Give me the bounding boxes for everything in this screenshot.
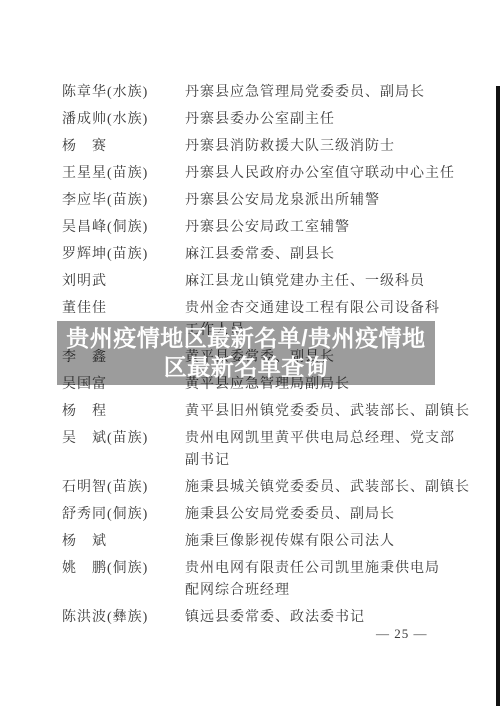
person-position: 丹寨县委办公室副主任 — [185, 109, 475, 131]
person-name: 吴昌峰(侗族) — [62, 217, 185, 239]
person-position: 丹寨县应急管理局党委委员、副局长 — [185, 82, 475, 104]
scanned-document-page: 陈章华(水族) 丹寨县应急管理局党委委员、副局长 潘成帅(水族) 丹寨县委办公室… — [0, 0, 500, 706]
person-position: 黄平县旧州镇党委委员、武装部长、副镇长 — [185, 401, 475, 423]
overlay-ad-banner-line1: 贵州疫情地区最新名单/贵州疫情地 — [66, 325, 425, 351]
person-name: 潘成帅(水族) — [62, 109, 185, 131]
person-name: 董佳佳 — [62, 298, 185, 320]
overlay-ad-banner-title: 贵州疫情地区最新名单/贵州疫情地 区最新名单查询 — [57, 321, 435, 382]
person-position: 施秉县城关镇党委委员、武装部长、副镇长 — [185, 477, 475, 499]
page-number: — 25 — — [376, 626, 428, 642]
person-position: 施秉巨像影视传媒有限公司法人 — [185, 531, 475, 553]
person-name: 王星星(苗族) — [62, 163, 185, 185]
scan-spine-shadow — [496, 86, 500, 706]
person-name: 陈洪波(彝族) — [62, 607, 185, 629]
person-position: 丹寨县公安局龙泉派出所辅警 — [185, 190, 475, 212]
roster-row: 潘成帅(水族) 丹寨县委办公室副主任 — [62, 109, 482, 131]
roster-row: 杨 斌 施秉巨像影视传媒有限公司法人 — [62, 531, 482, 553]
overlay-ad-banner-line2: 区最新名单查询 — [164, 354, 329, 380]
person-position: 丹寨县公安局政工室辅警 — [185, 217, 475, 239]
overlay-ad-banner[interactable]: 贵州疫情地区最新名单/贵州疫情地 区最新名单查询 — [57, 321, 435, 385]
person-name: 杨 程 — [62, 401, 185, 423]
roster-row: 王星星(苗族) 丹寨县人民政府办公室值守联动中心主任 — [62, 163, 482, 185]
roster-row: 陈章华(水族) 丹寨县应急管理局党委委员、副局长 — [62, 82, 482, 104]
roster-row: 姚 鹏(侗族) 贵州电网有限责任公司凯里施秉供电局 配网综合班经理 — [62, 558, 482, 602]
person-position: 丹寨县消防救援大队三级消防士 — [185, 136, 475, 158]
roster-row: 罗辉坤(苗族) 麻江县委常委、副县长 — [62, 244, 482, 266]
roster-row: 李应毕(苗族) 丹寨县公安局龙泉派出所辅警 — [62, 190, 482, 212]
person-name: 杨 斌 — [62, 531, 185, 553]
person-position: 贵州电网有限责任公司凯里施秉供电局 配网综合班经理 — [185, 558, 475, 602]
person-name: 李应毕(苗族) — [62, 190, 185, 212]
person-name: 石明智(苗族) — [62, 477, 185, 499]
person-position: 麻江县龙山镇党建办主任、一级科员 — [185, 271, 475, 293]
person-name: 杨 赛 — [62, 136, 185, 158]
roster-row: 杨 程 黄平县旧州镇党委委员、武装部长、副镇长 — [62, 401, 482, 423]
person-position: 麻江县委常委、副县长 — [185, 244, 475, 266]
person-position: 施秉县公安局党委委员、副局长 — [185, 504, 475, 526]
person-name: 舒秀同(侗族) — [62, 504, 185, 526]
roster-row: 吴昌峰(侗族) 丹寨县公安局政工室辅警 — [62, 217, 482, 239]
person-name: 陈章华(水族) — [62, 82, 185, 104]
person-name: 刘明武 — [62, 271, 185, 293]
person-name: 姚 鹏(侗族) — [62, 558, 185, 580]
person-position: 贵州电网凯里黄平供电局总经理、党支部 副书记 — [185, 428, 475, 472]
roster-row: 吴 斌(苗族) 贵州电网凯里黄平供电局总经理、党支部 副书记 — [62, 428, 482, 472]
roster-row: 杨 赛 丹寨县消防救援大队三级消防士 — [62, 136, 482, 158]
roster-row: 刘明武 麻江县龙山镇党建办主任、一级科员 — [62, 271, 482, 293]
person-name: 罗辉坤(苗族) — [62, 244, 185, 266]
person-position: 镇远县委常委、政法委书记 — [185, 607, 475, 629]
person-name: 吴 斌(苗族) — [62, 428, 185, 450]
roster-row: 石明智(苗族) 施秉县城关镇党委委员、武装部长、副镇长 — [62, 477, 482, 499]
person-position: 丹寨县人民政府办公室值守联动中心主任 — [185, 163, 475, 185]
roster-row: 舒秀同(侗族) 施秉县公安局党委委员、副局长 — [62, 504, 482, 526]
